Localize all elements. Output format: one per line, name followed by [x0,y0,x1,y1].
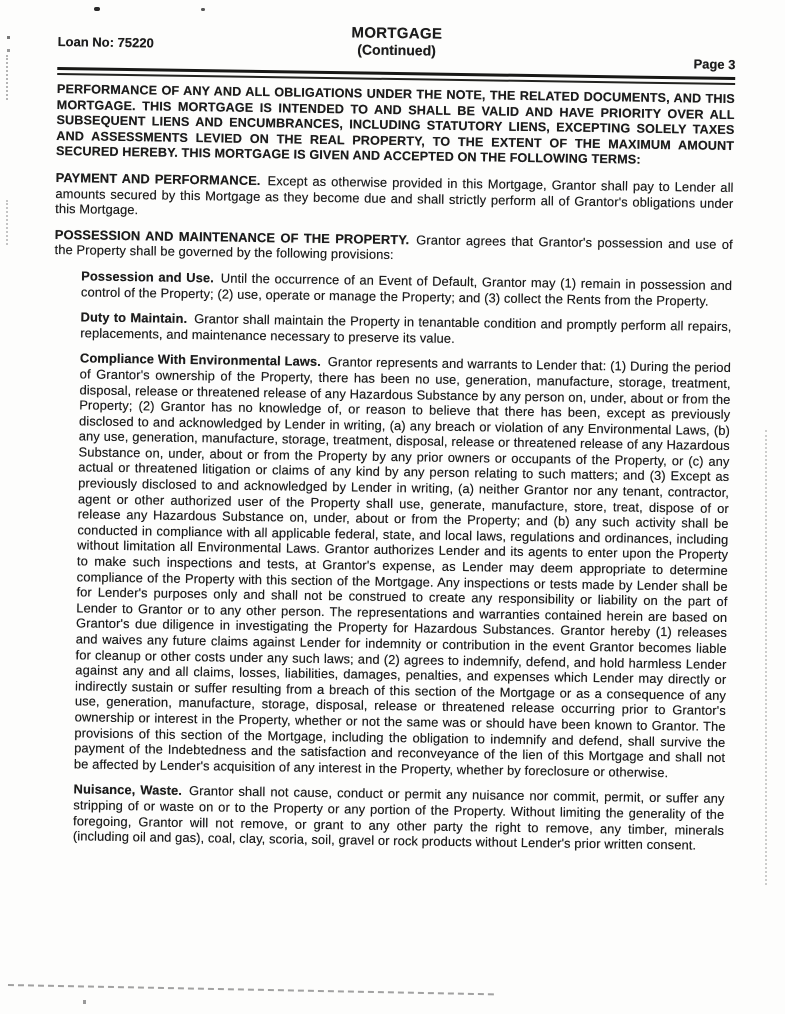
scan-bottom-line [8,984,494,995]
paragraph-text: Grantor represents and warrants to Lende… [74,354,731,780]
page-header: Loan No: 75220 MORTGAGE (Continued) Page… [57,20,736,72]
paragraph-text: PERFORMANCE OF ANY AND ALL OBLIGATIONS U… [56,82,735,167]
paragraph-performance: PERFORMANCE OF ANY AND ALL OBLIGATIONS U… [56,82,735,170]
scanned-content: Loan No: 75220 MORTGAGE (Continued) Page… [46,20,736,864]
loan-number: Loan No: 75220 [57,34,351,66]
paragraph-environmental-laws: Compliance With Environmental Laws.Grant… [74,351,731,782]
scan-speck [83,1000,86,1004]
paragraph-nuisance-waste: Nuisance, Waste.Grantor shall not cause,… [73,782,725,854]
document-subtitle: (Continued) [351,41,442,58]
paragraph-payment-performance: PAYMENT AND PERFORMANCE.Except as otherw… [55,170,734,227]
paragraph-possession-use: Possession and Use.Until the occurrence … [81,268,732,309]
scan-edge-dots [6,55,8,100]
scan-edge-dots [765,430,767,885]
document-page: Loan No: 75220 MORTGAGE (Continued) Page… [0,0,785,1014]
paragraph-possession-maintenance: POSSESSION AND MAINTENANCE OF THE PROPER… [54,227,732,268]
document-body: PERFORMANCE OF ANY AND ALL OBLIGATIONS U… [46,82,735,854]
document-title-block: MORTGAGE (Continued) [351,24,442,67]
paragraph-heading: Nuisance, Waste. [73,782,189,799]
page-number: Page 3 [442,53,736,72]
scan-edge-mark [7,36,10,52]
paragraph-duty-to-maintain: Duty to Maintain.Grantor shall maintain … [80,309,731,350]
paragraph-heading: Possession and Use. [81,268,221,285]
scan-speck [94,7,100,11]
document-title: MORTGAGE [351,24,442,42]
scan-speck [201,8,205,11]
scan-edge-dots [6,200,8,245]
paragraph-heading: Duty to Maintain. [80,309,194,326]
